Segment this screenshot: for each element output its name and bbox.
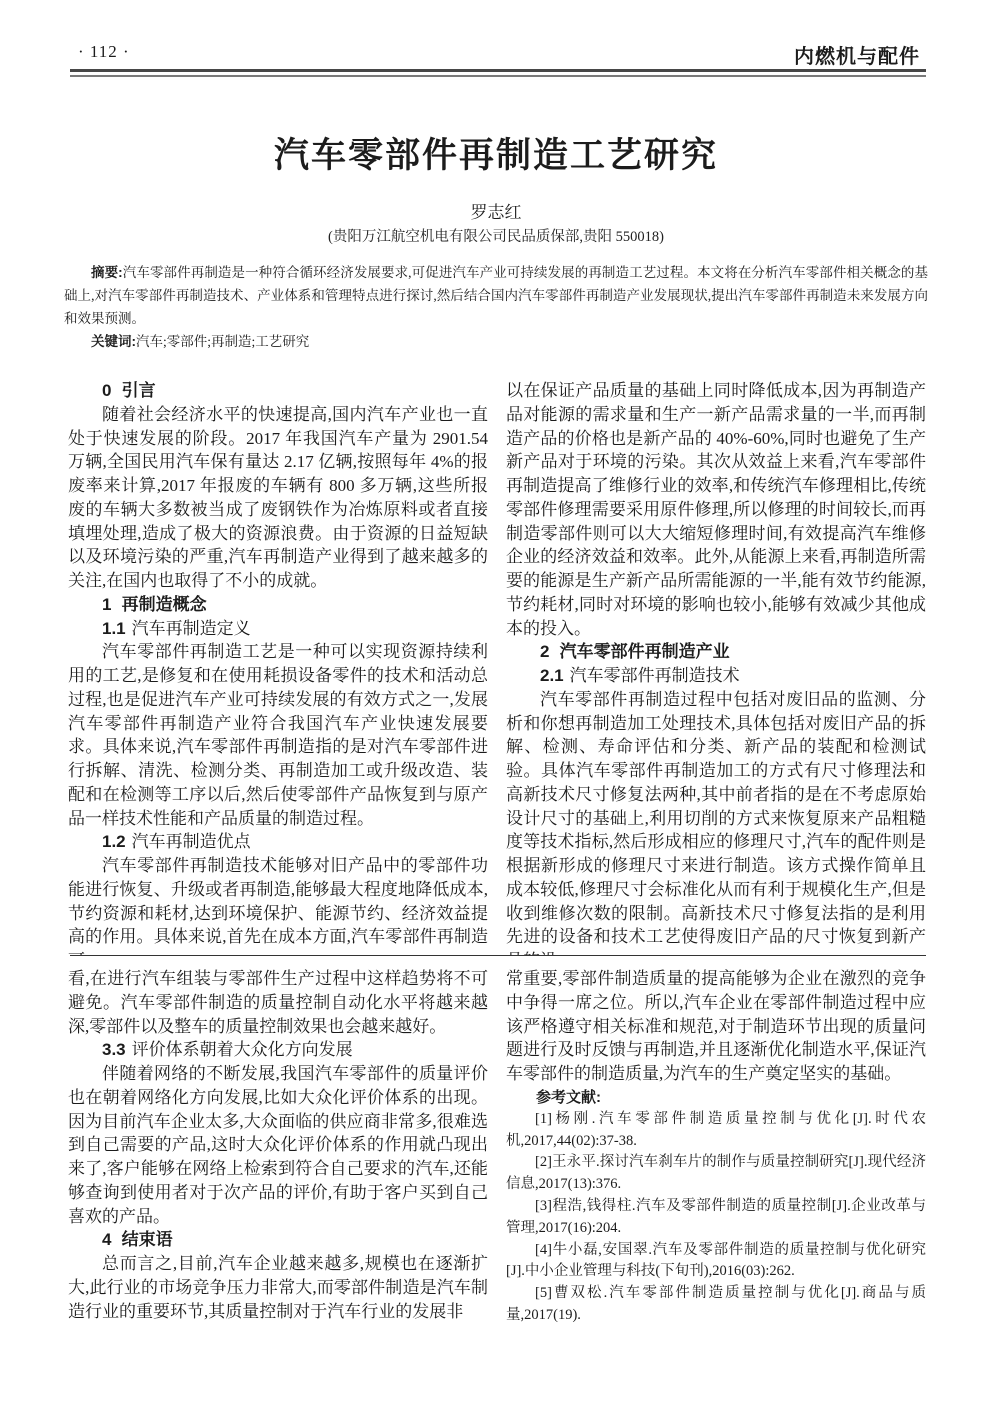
keywords-label: 关键词: <box>91 334 136 349</box>
subsection-heading-2-1: 2.1汽车零部件再制造技术 <box>506 664 926 688</box>
abstract-label: 摘要: <box>91 265 123 280</box>
reference-item-4: [4]牛小磊,安国翠.汽车及零部件制造的质量控制与优化研究[J].中小企业管理与… <box>506 1240 926 1284</box>
paragraph-trend-continued: 看,在进行汽车组装与零部件生产过程中这样趋势将不可避免。汽车零部件制造的质量控制… <box>68 967 488 1038</box>
abstract-block: 摘要:汽车零部件再制造是一种符合循环经济发展要求,可促进汽车产业可持续发展的再制… <box>64 261 928 353</box>
journal-name: 内燃机与配件 <box>794 40 920 69</box>
column-bottom-right: 常重要,零部件制造质量的提高能够为企业在激烈的竞争中争得一席之位。所以,汽车企业… <box>506 967 926 1327</box>
paragraph-advantages: 汽车零部件再制造技术能够对旧产品中的零部件功能进行恢复、升级或者再制造,能够最大… <box>68 854 488 955</box>
reference-item-3: [3]程浩,钱得柱.汽车及零部件制造的质量控制[J].企业改革与管理,2017(… <box>506 1196 926 1240</box>
paragraph-intro: 随着社会经济水平的快速提高,国内汽车产业也一直处于快速发展的阶段。2017 年我… <box>68 403 488 593</box>
references-heading: 参考文献: <box>506 1086 926 1109</box>
page: · 112 · 内燃机与配件 汽车零部件再制造工艺研究 罗志红 (贵阳万江航空机… <box>0 0 992 1403</box>
paragraph-definition: 汽车零部件再制造工艺是一种可以实现资源持续利用的工艺,是修复和在使用耗损设备零件… <box>68 640 488 830</box>
paragraph-advantages-continued: 以在保证产品质量的基础上同时降低成本,因为再制造产品对能源的需求量和生产一新产品… <box>506 379 926 640</box>
header-rule <box>70 69 926 77</box>
author-affiliation: (贵阳万江航空机电有限公司民品质保部,贵阳 550018) <box>0 225 992 246</box>
keywords: 关键词:汽车;零部件;再制造;工艺研究 <box>64 330 928 353</box>
column-divider <box>70 955 926 956</box>
paragraph-conclusion-continued: 常重要,零部件制造质量的提高能够为企业在激烈的竞争中争得一席之位。所以,汽车企业… <box>506 967 926 1086</box>
author-name: 罗志红 <box>0 198 992 223</box>
subsection-heading-3-3: 3.3评价体系朝着大众化方向发展 <box>68 1038 488 1062</box>
paragraph-evaluation: 伴随着网络的不断发展,我国汽车零部件的质量评价也在朝着网络化方向发展,比如大众化… <box>68 1062 488 1228</box>
column-bottom-left: 看,在进行汽车组装与零部件生产过程中这样趋势将不可避免。汽车零部件制造的质量控制… <box>68 967 488 1323</box>
paragraph-technology: 汽车零部件再制造过程中包括对废旧品的监测、分析和你想再制造加工处理技术,具体包括… <box>506 688 926 955</box>
section-heading-0: 0引言 <box>68 379 488 403</box>
column-top-left: 0引言 随着社会经济水平的快速提高,国内汽车产业也一直处于快速发展的阶段。201… <box>68 379 488 955</box>
column-top-right: 以在保证产品质量的基础上同时降低成本,因为再制造产品对能源的需求量和生产一新产品… <box>506 379 926 955</box>
subsection-heading-1-1: 1.1汽车再制造定义 <box>68 617 488 641</box>
subsection-heading-1-2: 1.2汽车再制造优点 <box>68 830 488 854</box>
reference-item-5: [5]曹双松.汽车零部件制造质量控制与优化[J].商品与质量,2017(19). <box>506 1283 926 1327</box>
page-number: · 112 · <box>78 42 130 62</box>
reference-item-1: [1]杨刚.汽车零部件制造质量控制与优化[J].时代农机,2017,44(02)… <box>506 1109 926 1153</box>
section-heading-2: 2汽车零部件再制造产业 <box>506 640 926 664</box>
section-heading-4: 4结束语 <box>68 1228 488 1252</box>
section-heading-1: 1再制造概念 <box>68 593 488 617</box>
abstract-text: 汽车零部件再制造是一种符合循环经济发展要求,可促进汽车产业可持续发展的再制造工艺… <box>64 265 928 326</box>
article-title: 汽车零部件再制造工艺研究 <box>0 128 992 178</box>
reference-item-2: [2]王永平.探讨汽车刹车片的制作与质量控制研究[J].现代经济信息,2017(… <box>506 1152 926 1196</box>
abstract: 摘要:汽车零部件再制造是一种符合循环经济发展要求,可促进汽车产业可持续发展的再制… <box>64 261 928 330</box>
keywords-text: 汽车;零部件;再制造;工艺研究 <box>136 334 309 349</box>
paragraph-conclusion: 总而言之,目前,汽车企业越来越多,规模也在逐渐扩大,此行业的市场竞争压力非常大,… <box>68 1252 488 1323</box>
